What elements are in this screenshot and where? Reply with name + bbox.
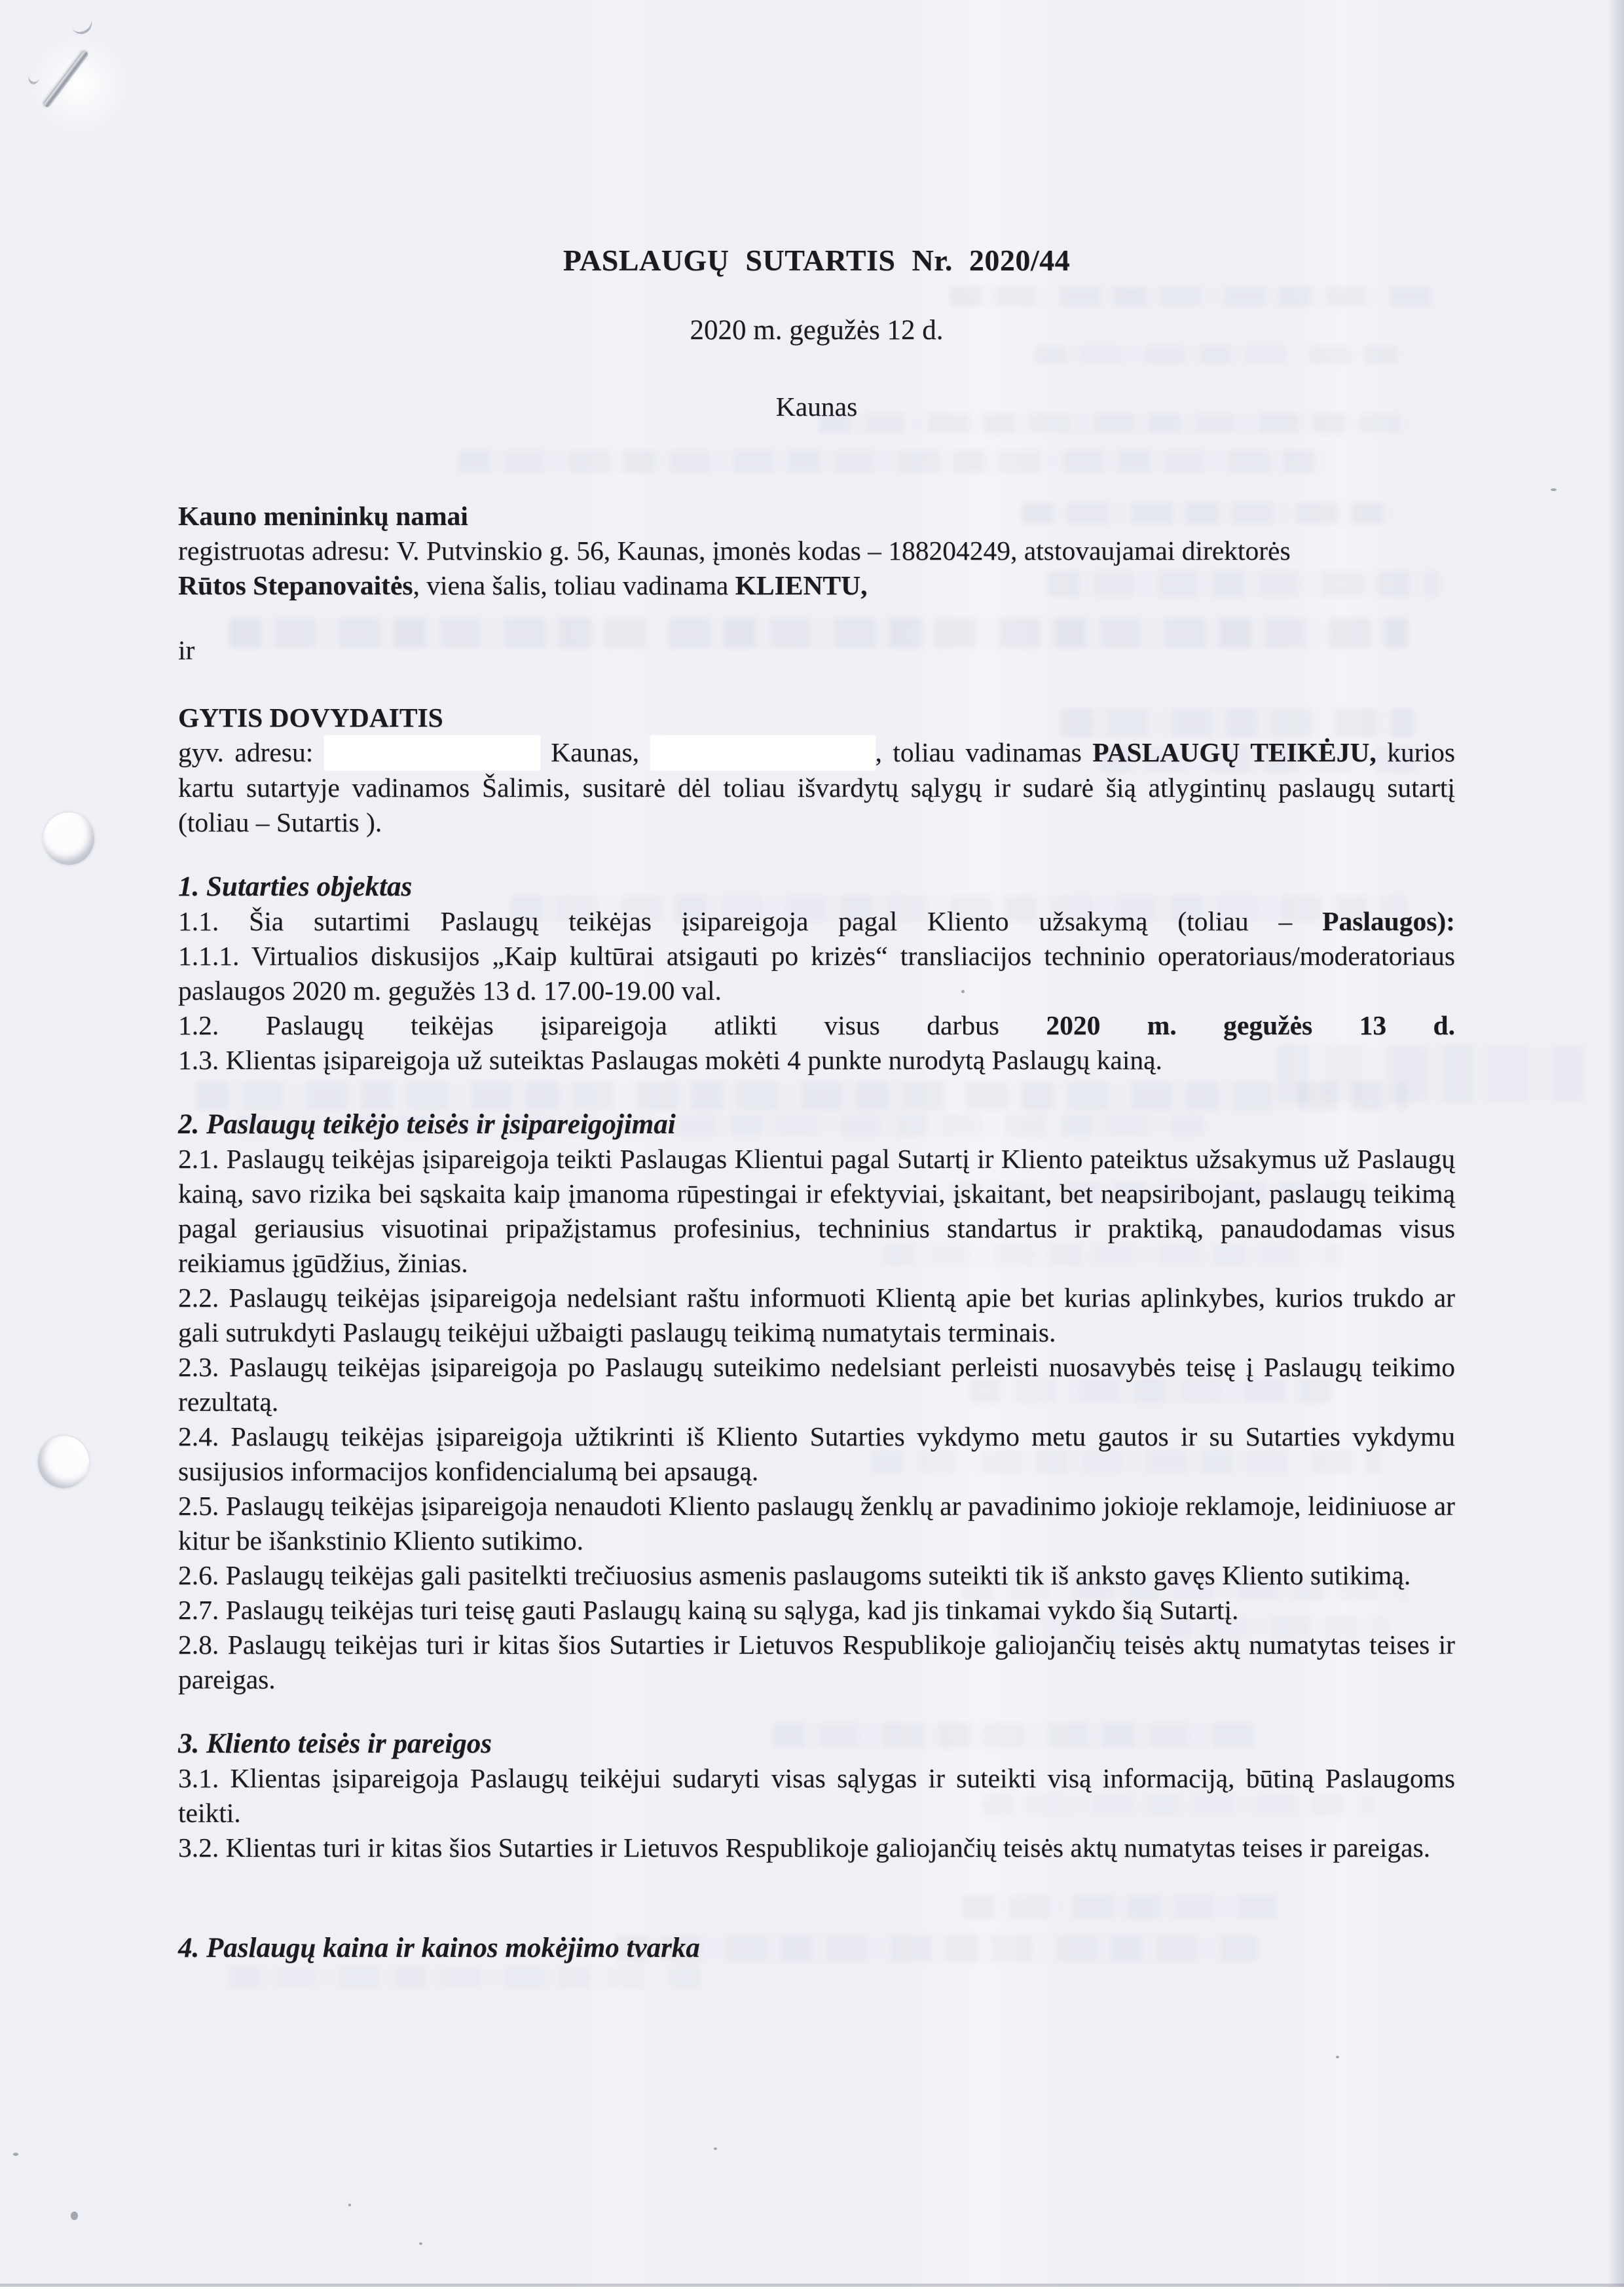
punch-hole-bottom [38,1436,89,1488]
client-representative-rest: , viena šalis, toliau vadinama [413,570,735,600]
dust-speck [961,990,965,993]
dust-speck [1551,488,1557,491]
clause-1-1-bold: Paslaugos): [1322,906,1455,936]
clause-1-2-text: 1.2. Paslaugų teikėjas įsipareigoja atli… [178,1010,1046,1040]
dust-speck [714,2147,717,2150]
client-term: KLIENTU, [735,570,868,600]
contract-date: 2020 m. gegužės 12 d. [178,313,1455,348]
clause-2-4: 2.4. Paslaugų teikėjas įsipareigoja užti… [178,1419,1455,1489]
provider-address-prefix: gyv. adresu: [178,737,324,767]
clause-1-3: 1.3. Klientas įsipareigoja už suteiktas … [178,1043,1455,1078]
clause-2-7: 2.7. Paslaugų teikėjas turi teisę gauti … [178,1593,1455,1628]
clause-2-1: 2.1. Paslaugų teikėjas įsipareigoja teik… [178,1142,1455,1281]
scanned-contract-page: PASLAUGŲ SUTARTIS Nr. 2020/44 2020 m. ge… [0,0,1624,2296]
clause-3-2: 3.2. Klientas turi ir kitas šios Sutarti… [178,1831,1455,1865]
clause-2-8: 2.8. Paslaugų teikėjas turi ir kitas šio… [178,1628,1455,1697]
contract-city: Kaunas [178,390,1455,424]
scan-edge-bottom [0,2287,1624,2296]
clause-1-1: 1.1. Šia sutartimi Paslaugų teikėjas įsi… [178,904,1455,939]
page-title: PASLAUGŲ SUTARTIS Nr. 2020/44 [178,244,1455,278]
connector-ir: ir [178,633,1455,668]
redaction-box [324,735,540,771]
punch-hole-top [43,812,94,865]
provider-address-city: Kaunas, [540,737,650,767]
clause-1-1-1: 1.1.1. Virtualios diskusijos „Kaip kultū… [178,939,1455,1008]
clause-1-2-bold-date: 2020 m. gegužės 13 d. [1046,1010,1455,1040]
section-4-heading: 4. Paslaugų kaina ir kainos mokėjimo tva… [178,1931,1455,1965]
clause-2-6: 2.6. Paslaugų teikėjas gali pasitelkti t… [178,1558,1455,1593]
provider-after-redaction: , toliau vadinamas [876,737,1093,767]
dust-speck [419,2242,422,2245]
dust-speck [348,2204,351,2206]
clause-1-2: 1.2. Paslaugų teikėjas įsipareigoja atli… [178,1008,1455,1043]
clause-3-1: 3.1. Klientas įsipareigoja Paslaugų teik… [178,1761,1455,1831]
provider-term: PASLAUGŲ TEIKĖJU, [1092,737,1376,767]
staple-paper-dent [24,29,135,140]
client-representative-line: Rūtos Stepanovaitės, viena šalis, toliau… [178,568,1455,603]
clause-2-5: 2.5. Paslaugų teikėjas įsipareigoja nena… [178,1489,1455,1558]
section-3-heading: 3. Kliento teisės ir pareigos [178,1726,1455,1761]
client-name: Kauno menininkų namai [178,499,1455,534]
client-representative-name: Rūtos Stepanovaitės [178,570,413,600]
clause-2-2: 2.2. Paslaugų teikėjas įsipareigoja nede… [178,1281,1455,1350]
provider-address-line: gyv. adresu: Kaunas, , toliau vadinamas … [178,735,1455,840]
dust-speck [13,2153,18,2156]
bleed-through-text [229,1965,701,1989]
dust-speck [71,2212,78,2220]
clause-1-1-text: 1.1. Šia sutartimi Paslaugų teikėjas įsi… [178,906,1322,936]
client-registration-line: registruotas adresu: V. Putvinskio g. 56… [178,534,1455,568]
provider-name: GYTIS DOVYDAITIS [178,701,1455,735]
dust-speck [1336,2056,1339,2058]
scan-edge-shading-right [1607,0,1624,2296]
redaction-box [650,735,876,771]
section-1-heading: 1. Sutarties objektas [178,869,1455,904]
contract-body: PASLAUGŲ SUTARTIS Nr. 2020/44 2020 m. ge… [178,244,1455,1965]
clause-2-3: 2.3. Paslaugų teikėjas įsipareigoja po P… [178,1350,1455,1419]
section-2-heading: 2. Paslaugų teikėjo teisės ir įsipareigo… [178,1107,1455,1142]
